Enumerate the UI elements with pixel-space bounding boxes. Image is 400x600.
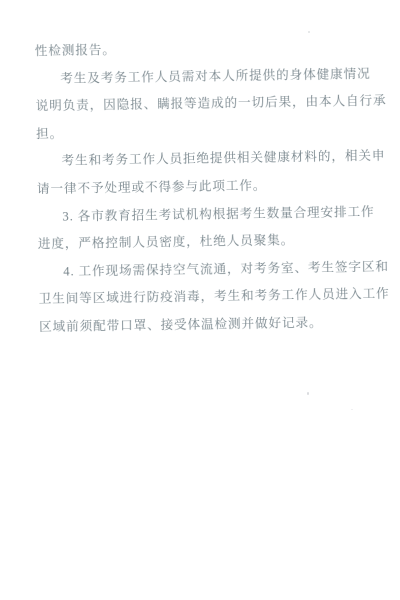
scan-speck	[351, 409, 353, 410]
document-line: 3. 各市教育招生考试机构根据考生数量合理安排工作	[37, 198, 377, 231]
document-line: 区域前须配带口罩、接受体温检测并做好记录。	[39, 309, 379, 342]
scan-speck	[307, 392, 309, 395]
document-line: 卫生间等区域进行防疫消毒，考生和考务工作人员进入工作	[39, 281, 379, 314]
body-text-block: 性检测报告。 考生及考务工作人员需对本人所提供的身体健康情况 说明负责，因隐报、…	[35, 33, 380, 342]
document-line: 考生和考务工作人员拒绝提供相关健康材料的，相关申	[36, 143, 376, 176]
document-page: 性检测报告。 考生及考务工作人员需对本人所提供的身体健康情况 说明负责，因隐报、…	[0, 0, 400, 600]
document-line: 说明负责，因隐报、瞒报等造成的一切后果，由本人自行承	[35, 88, 375, 121]
scan-speck	[308, 31, 310, 33]
